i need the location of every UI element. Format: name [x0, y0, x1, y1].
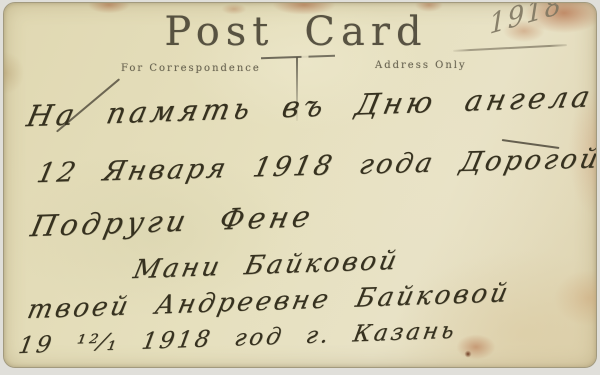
for-correspondence-label: For Correspondence: [121, 63, 261, 74]
postcard-header: Post Card: [146, 9, 446, 55]
postcard: Post Card For Correspondence Address Onl…: [3, 2, 597, 368]
title-word-post: Post: [164, 9, 274, 55]
postcard-photo: Post Card For Correspondence Address Onl…: [0, 0, 600, 375]
address-only-label: Address Only: [375, 60, 467, 71]
title-word-card: Card: [304, 9, 427, 55]
